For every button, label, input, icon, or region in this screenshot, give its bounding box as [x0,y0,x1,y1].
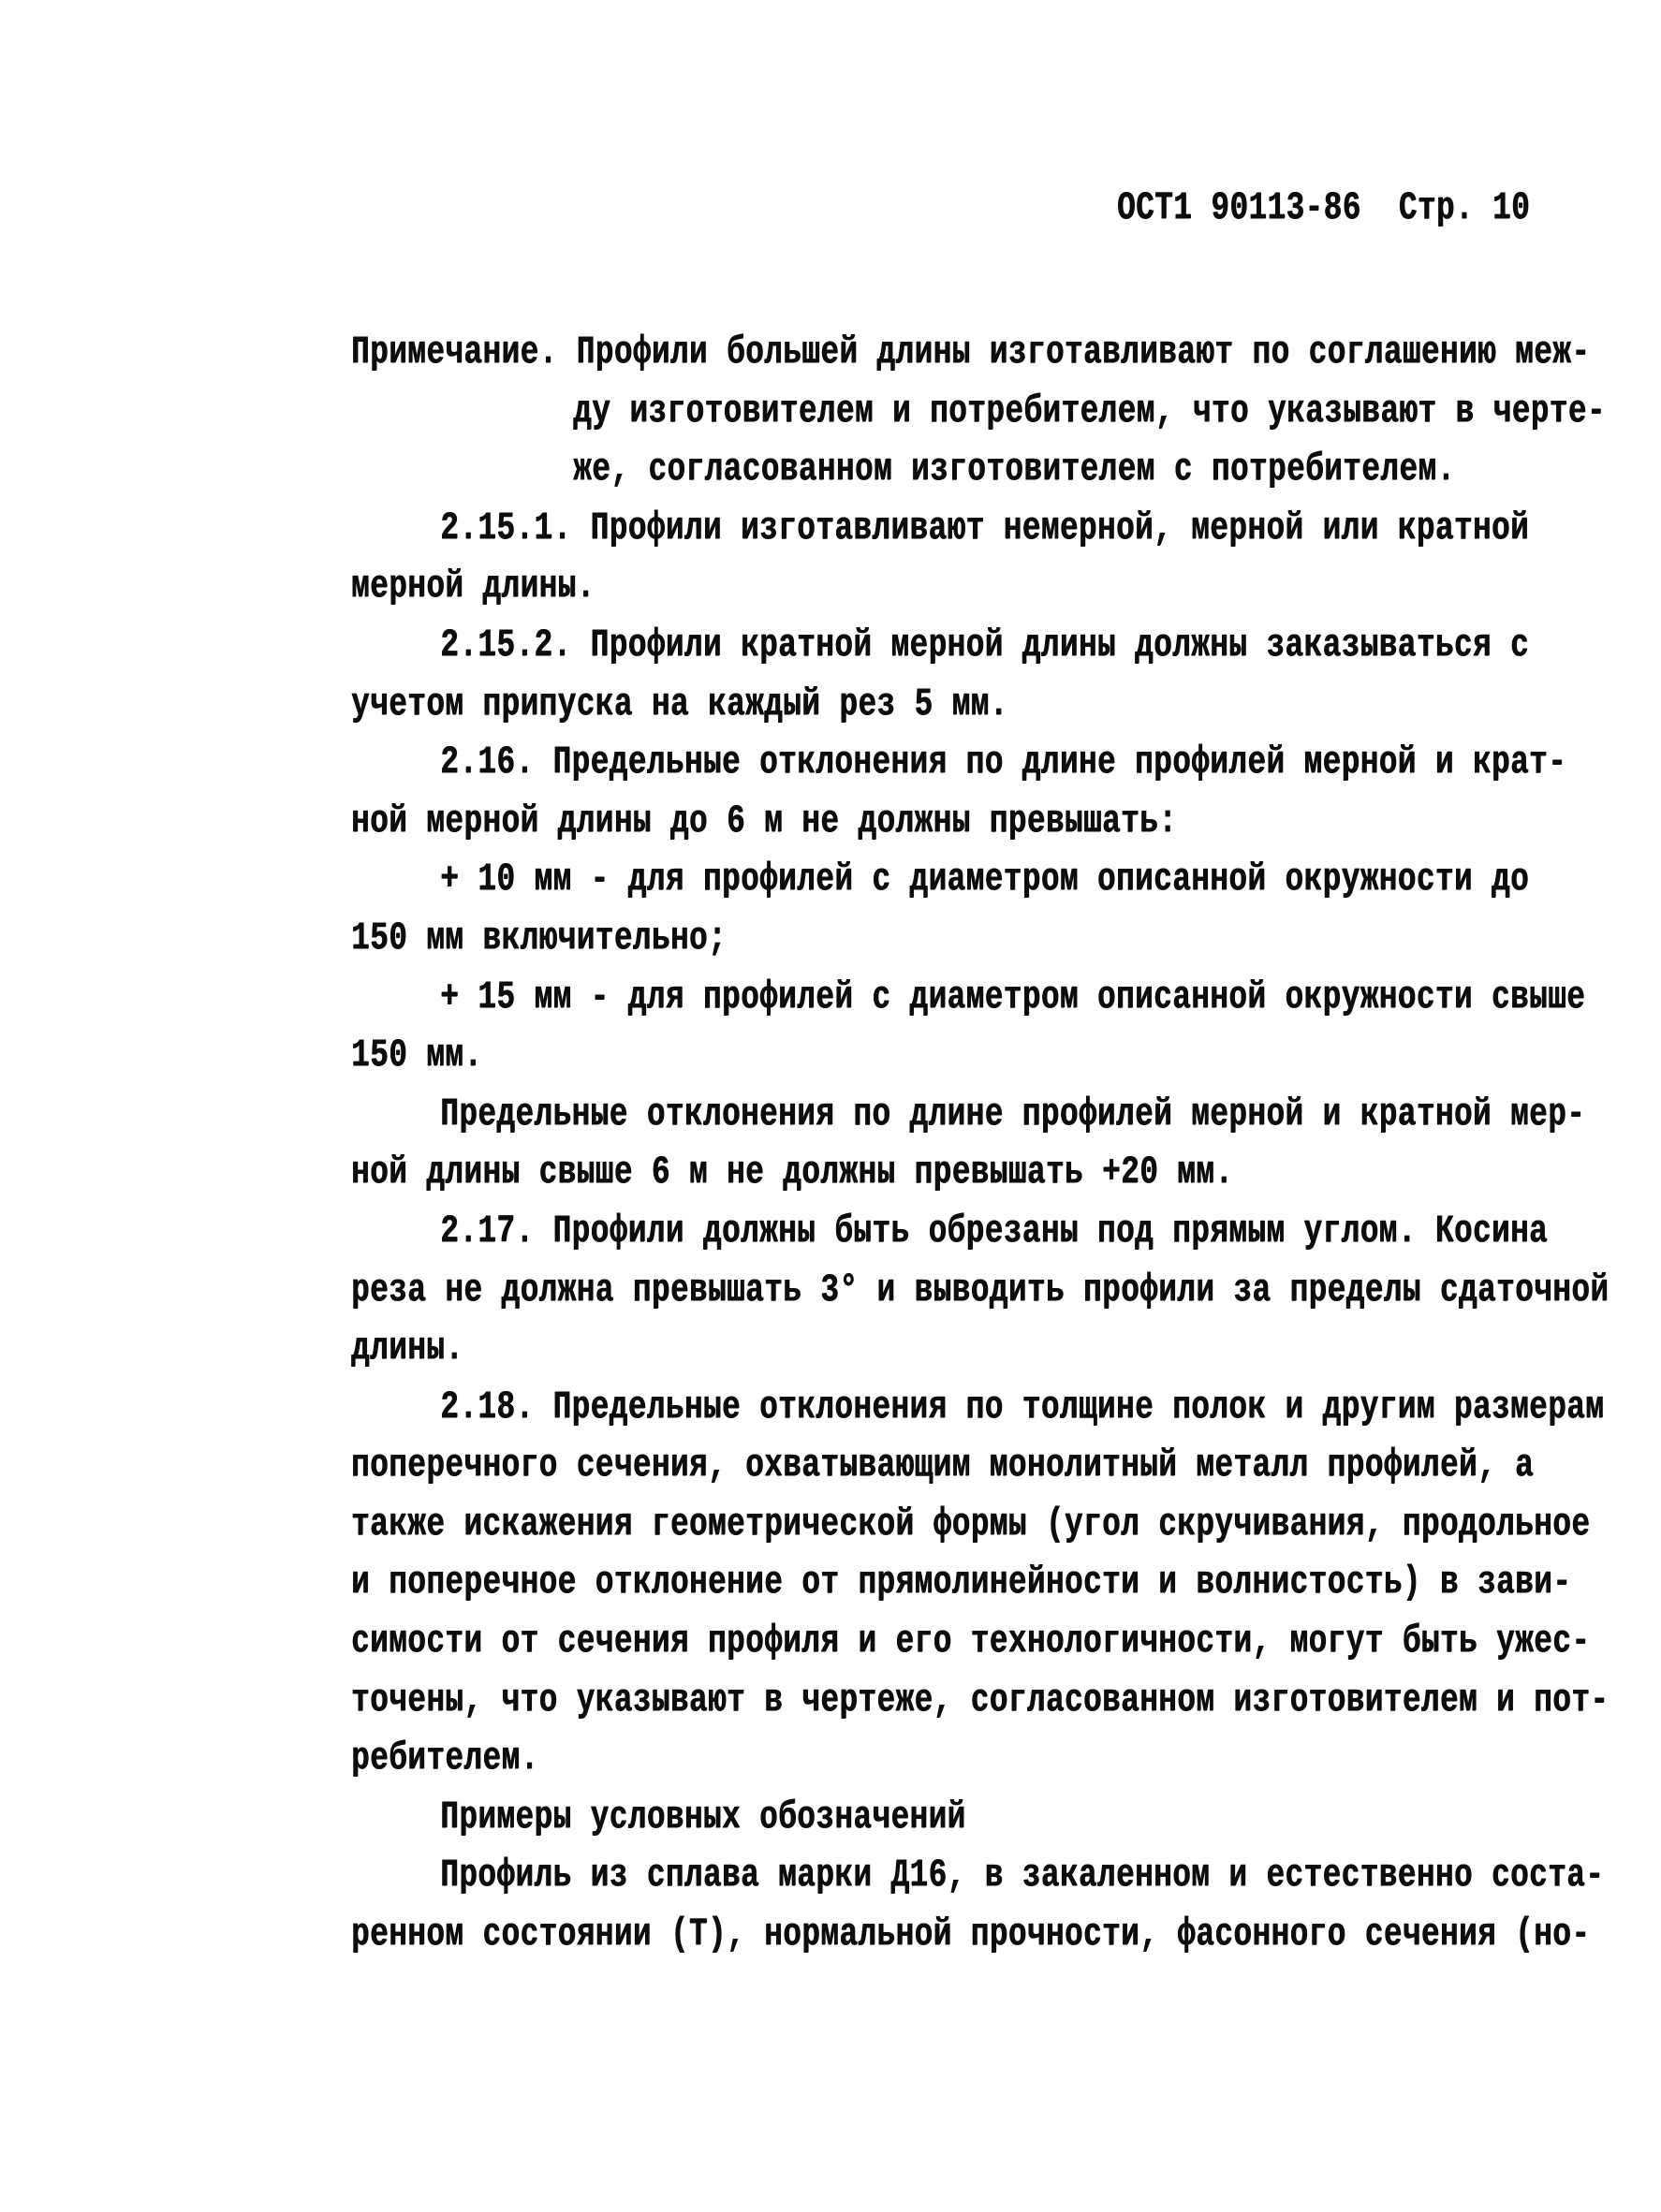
document-body: Примечание. Профили большей длины изгота… [351,323,1657,1964]
text-line: ребителем. [351,1729,1370,1788]
text-line: + 15 мм - для профилей с диаметром описа… [351,968,1370,1027]
text-line: 2.17. Профили должны быть обрезаны под п… [351,1202,1370,1261]
text-line: Предельные отклонения по длине профилей … [351,1085,1370,1144]
text-line: длины. [351,1319,1370,1378]
text-line: + 10 мм - для профилей с диаметром описа… [351,850,1370,909]
text-line: симости от сечения профиля и его техноло… [351,1612,1370,1671]
text-line: 2.18. Предельные отклонения по толщине п… [351,1378,1370,1437]
text-line: поперечного сечения, охватывающим моноли… [351,1436,1370,1495]
text-line: и поперечное отклонение от прямолинейнос… [351,1553,1370,1612]
text-line: Профиль из сплава марки Д16, в закаленно… [351,1846,1370,1905]
text-line: учетом припуска на каждый рез 5 мм. [351,675,1370,734]
text-line: ренном состоянии (Т), нормальной прочнос… [351,1905,1370,1964]
text-line: 2.15.1. Профили изготавливают немерной, … [351,499,1370,558]
text-line: 2.15.2. Профили кратной мерной длины дол… [351,616,1370,675]
text-line: также искажения геометрической формы (уг… [351,1495,1370,1554]
text-line: реза не должна превышать 3° и выводить п… [351,1261,1370,1320]
text-line: ду изготовителем и потребителем, что ука… [351,382,1370,441]
text-line: ной мерной длины до 6 м не должны превыш… [351,792,1370,851]
text-line: ной длины свыше 6 м не должны превышать … [351,1143,1370,1202]
text-line: 150 мм включительно; [351,909,1370,968]
text-line: мерной длины. [351,557,1370,616]
text-line: Примечание. Профили большей длины изгота… [351,323,1370,382]
text-line: 150 мм. [351,1026,1370,1085]
text-line: Примеры условных обозначений [351,1788,1370,1847]
text-line: точены, что указывают в чертеже, согласо… [351,1671,1370,1730]
scanned-document-page: ОСТ1 90113-86 Стр. 10 Примечание. Профил… [0,0,1661,2212]
page-header-reference: ОСТ1 90113-86 Стр. 10 [1117,183,1530,232]
text-line: же, согласованном изготовителем с потреб… [351,440,1370,499]
text-line: 2.16. Предельные отклонения по длине про… [351,733,1370,792]
